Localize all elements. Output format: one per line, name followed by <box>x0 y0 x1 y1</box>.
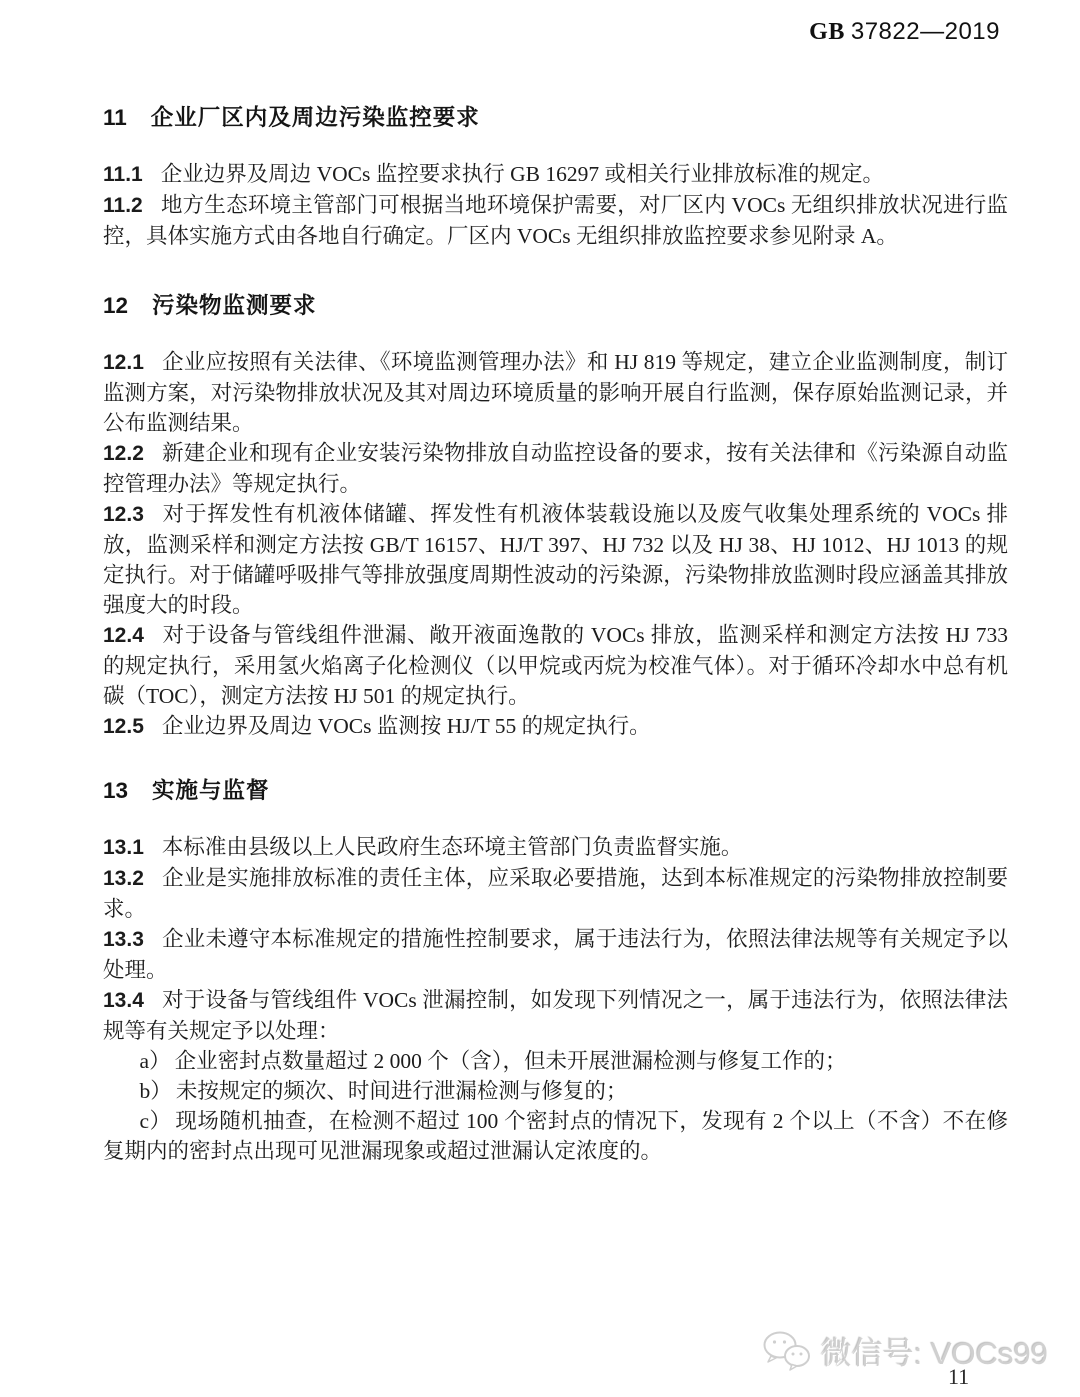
section-number: 12 <box>103 293 128 318</box>
clause-13-2: 13.2企业是实施排放标准的责任主体，应采取必要措施，达到本标准规定的污染物排放… <box>103 863 1008 924</box>
clause-number: 12.5 <box>103 715 144 738</box>
clause-12-5: 12.5企业边界及周边 VOCs 监测按 HJ/T 55 的规定执行。 <box>103 711 1008 742</box>
section-heading-11: 11企业厂区内及周边污染监控要求 <box>103 105 1008 131</box>
clause-13-3: 13.3企业未遵守本标准规定的措施性控制要求，属于违法行为，依照法律法规等有关规… <box>103 924 1008 985</box>
clause-text: 对于设备与管线组件 VOCs 泄漏控制，如发现下列情况之一，属于违法行为，依照法… <box>103 988 1008 1043</box>
section-title: 污染物监测要求 <box>152 293 317 318</box>
clause-number: 13.1 <box>103 836 144 859</box>
clause-number: 13.3 <box>103 928 144 951</box>
list-item-text: 未按规定的频次、时间进行泄漏检测与修复的； <box>176 1079 628 1103</box>
clause-text: 企业未遵守本标准规定的措施性控制要求，属于违法行为，依照法律法规等有关规定予以处… <box>103 927 1008 982</box>
section-number: 13 <box>103 778 128 803</box>
clause-number: 13.4 <box>103 989 144 1012</box>
section-heading-12: 12污染物监测要求 <box>103 293 1008 319</box>
clause-12-1: 12.1企业应按照有关法律、《环境监测管理办法》和 HJ 819 等规定，建立企… <box>103 347 1008 438</box>
list-item-marker: c） <box>140 1109 172 1133</box>
list-item-a: a）企业密封点数量超过 2 000 个（含），但未开展泄漏检测与修复工作的； <box>103 1046 1008 1076</box>
list-item-marker: a） <box>140 1049 171 1073</box>
list-item-c: c）现场随机抽查，在检测不超过 100 个密封点的情况下，发现有 2 个以上（不… <box>103 1106 1008 1166</box>
clause-11-2: 11.2地方生态环境主管部门可根据当地环境保护需要，对厂区内 VOCs 无组织排… <box>103 190 1008 251</box>
clause-number: 12.4 <box>103 624 144 647</box>
clause-number: 11.1 <box>103 163 143 186</box>
clause-number: 12.3 <box>103 503 144 526</box>
clause-number: 12.1 <box>103 351 144 374</box>
section-number: 11 <box>103 105 127 130</box>
standard-code-prefix: GB <box>809 19 845 45</box>
clause-number: 12.2 <box>103 442 144 465</box>
clause-text: 企业应按照有关法律、《环境监测管理办法》和 HJ 819 等规定，建立企业监测制… <box>103 350 1008 435</box>
page-number: 11 <box>948 1364 969 1390</box>
page-header: GB37822—2019 <box>809 18 1000 46</box>
clause-11-1: 11.1企业边界及周边 VOCs 监控要求执行 GB 16297 或相关行业排放… <box>103 159 1008 190</box>
section-title: 实施与监督 <box>152 778 270 803</box>
clause-number: 13.2 <box>103 867 144 890</box>
clause-text: 企业是实施排放标准的责任主体，应采取必要措施，达到本标准规定的污染物排放控制要求… <box>103 866 1008 921</box>
list-item-b: b）未按规定的频次、时间进行泄漏检测与修复的； <box>103 1076 1008 1106</box>
section-title: 企业厂区内及周边污染监控要求 <box>151 105 480 130</box>
watermark: 微信号: VOCs99 <box>761 1328 1048 1373</box>
watermark-text: 微信号: VOCs99 <box>821 1328 1048 1373</box>
clause-12-4: 12.4对于设备与管线组件泄漏、敞开液面逸散的 VOCs 排放，监测采样和测定方… <box>103 620 1008 711</box>
clause-text: 对于挥发性有机液体储罐、挥发性有机液体装载设施以及废气收集处理系统的 VOCs … <box>103 502 1008 617</box>
document-page: GB37822—2019 11企业厂区内及周边污染监控要求 11.1企业边界及周… <box>0 0 1080 1397</box>
clause-12-3: 12.3对于挥发性有机液体储罐、挥发性有机液体装载设施以及废气收集处理系统的 V… <box>103 499 1008 620</box>
list-item-text: 现场随机抽查，在检测不超过 100 个密封点的情况下，发现有 2 个以上（不含）… <box>103 1109 1008 1163</box>
clause-text: 本标准由县级以上人民政府生态环境主管部门负责监督实施。 <box>162 835 743 859</box>
list-item-marker: b） <box>140 1079 172 1103</box>
section-heading-13: 13实施与监督 <box>103 778 1008 804</box>
clause-13-4: 13.4对于设备与管线组件 VOCs 泄漏控制，如发现下列情况之一，属于违法行为… <box>103 985 1008 1046</box>
list-item-text: 企业密封点数量超过 2 000 个（含），但未开展泄漏检测与修复工作的； <box>175 1049 847 1073</box>
clause-12-2: 12.2新建企业和现有企业安装污染物排放自动监控设备的要求，按有关法律和《污染源… <box>103 438 1008 499</box>
standard-code-number: 37822—2019 <box>851 18 1000 45</box>
clause-text: 企业边界及周边 VOCs 监控要求执行 GB 16297 或相关行业排放标准的规… <box>161 162 884 186</box>
clause-text: 对于设备与管线组件泄漏、敞开液面逸散的 VOCs 排放，监测采样和测定方法按 H… <box>103 623 1008 708</box>
wechat-icon <box>761 1329 813 1373</box>
clause-text: 新建企业和现有企业安装污染物排放自动监控设备的要求，按有关法律和《污染源自动监控… <box>103 441 1008 496</box>
clause-text: 地方生态环境主管部门可根据当地环境保护需要，对厂区内 VOCs 无组织排放状况进… <box>103 193 1008 248</box>
clause-number: 11.2 <box>103 194 143 217</box>
document-content: 11企业厂区内及周边污染监控要求 11.1企业边界及周边 VOCs 监控要求执行… <box>103 48 1008 1166</box>
clause-text: 企业边界及周边 VOCs 监测按 HJ/T 55 的规定执行。 <box>162 714 651 738</box>
clause-13-1: 13.1本标准由县级以上人民政府生态环境主管部门负责监督实施。 <box>103 832 1008 863</box>
